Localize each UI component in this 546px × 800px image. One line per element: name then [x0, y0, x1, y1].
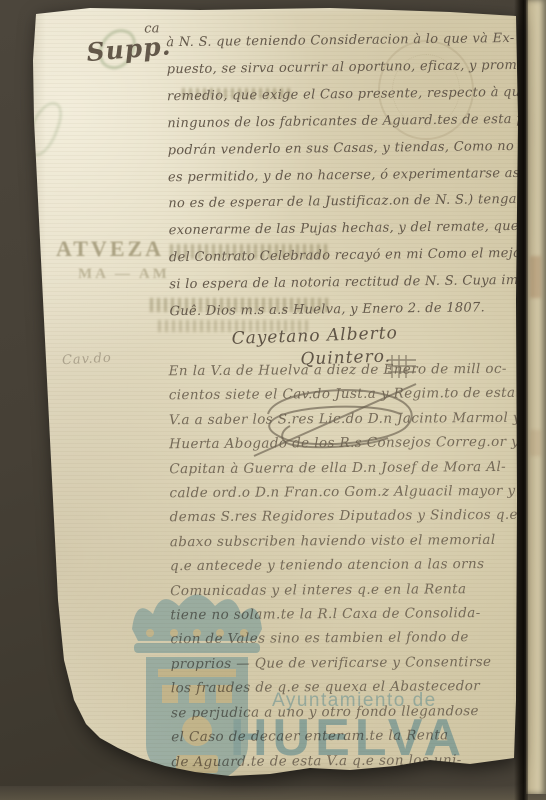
manuscript-line: demas S.res Regidores Diputados y Sindic…: [170, 503, 526, 530]
manuscript-line: à N. S. que teniendo Consideracion à lo …: [166, 26, 526, 57]
manuscript-line: V.a a saber los S.res Lic.do D.n Jacinto…: [169, 406, 525, 433]
manuscript-line: podrán venderlo en sus Casas, y tiendas,…: [168, 133, 528, 164]
manuscript-line: En la V.a de Huelva a diez de Enero de m…: [169, 357, 525, 384]
manuscript-line: abaxo subscriben haviendo visto el memor…: [170, 528, 526, 555]
manuscript-line: calde ord.o D.n Fran.co Gom.z Alguacil m…: [169, 479, 525, 506]
manuscript-line: Capitan à Guerra de ella D.n Josef de Mo…: [169, 454, 525, 481]
petition-paragraph: Supp. ca à N. S. que teniendo Considerac…: [166, 26, 530, 326]
manuscript-line: cientos siete el Cav.do Just.a y Regim.t…: [169, 381, 525, 408]
manuscript-line: los fraudes de q.e se quexa el Abasteced…: [171, 674, 527, 701]
photo-background: ATVEZA MA — AM Supp. ca à N. S. que teni…: [0, 0, 546, 800]
manuscript-line: Guê. Dios m.s a.s Huelva, y Enero 2. de …: [169, 295, 529, 326]
bleedthrough-stamp-text: MA — AM: [78, 266, 170, 283]
manuscript-line: de Aguard.te de esta V.a q.e son los uni…: [171, 747, 527, 774]
manuscript-page: ATVEZA MA — AM Supp. ca à N. S. que teni…: [0, 0, 546, 800]
manuscript-line: proprios — Que de verificarse y Consenti…: [171, 650, 527, 677]
manuscript-line: se perjudica a uno y otro fondo llegando…: [171, 698, 527, 725]
manuscript-line: remedio, que exige el Caso presente, res…: [167, 80, 527, 111]
manuscript-line: puesto, se sirva ocurrir al oportuno, ef…: [167, 53, 527, 84]
bleedthrough-stamp-text: ATVEZA: [56, 236, 164, 262]
green-ink-smudge: [21, 97, 67, 161]
manuscript-line: el Caso de decaer enteram.te la Renta: [171, 723, 527, 750]
manuscript-line: ningunos de los fabricantes de Aguard.te…: [167, 107, 527, 138]
manuscript-line: Huerta Abogado de los R.s Consejos Corre…: [169, 430, 525, 457]
council-act-paragraph: En la V.a de Huelva a diez de Enero de m…: [169, 357, 528, 774]
manuscript-page-wrap: ATVEZA MA — AM Supp. ca à N. S. que teni…: [0, 0, 546, 800]
manuscript-line: tiene no solam.te la R.l Caxa de Consoli…: [170, 601, 526, 628]
margin-annotation: Cav.do: [62, 351, 112, 369]
manuscript-line: q.e antecede y teniendo atencion a las o…: [170, 552, 526, 579]
supplication-abbreviation-superscript: ca: [144, 16, 160, 43]
manuscript-line: cion de Vales sino es tambien el fondo d…: [170, 625, 526, 652]
manuscript-line: Comunicadas y el interes q.e en la Renta: [170, 576, 526, 603]
